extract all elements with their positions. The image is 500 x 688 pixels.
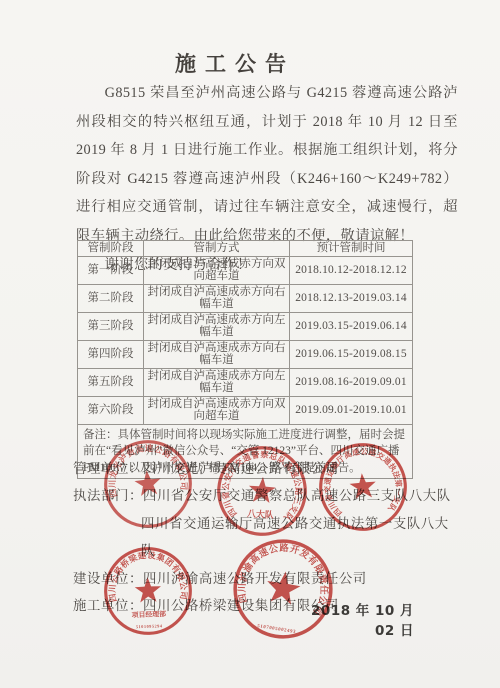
stage-cell: 第二阶段: [78, 284, 144, 312]
table-row: 第三阶段 封闭成自泸高速成赤方向左幅车道 2019.03.15-2019.06.…: [78, 312, 413, 340]
unit-value: 四川龙光泸贵高速公路有限公司: [143, 461, 339, 476]
time-cell: 2018.12.13-2019.03.14: [290, 284, 413, 312]
svg-text:5101095294: 5101095294: [136, 623, 163, 629]
table-header-row: 管制阶段 管制方式 预计管制时间: [78, 241, 413, 257]
table-row: 第一阶段 封闭成自泸高速成赤方向双向超车道 2018.10.12-2018.12…: [78, 256, 413, 284]
method-cell: 封闭成自泸高速成赤方向右幅车道: [144, 340, 290, 368]
unit-line-enforcement-2: 四川省交通运输厅高速公路交通执法第一支队八大队: [73, 510, 453, 565]
unit-label: 建设单位：: [73, 571, 143, 586]
time-cell: 2019.03.15-2019.06.14: [290, 312, 413, 340]
page-title: 施工公告: [0, 48, 470, 78]
unit-label: 施工单位：: [73, 598, 143, 613]
method-cell: 封闭成自泸高速成赤方向左幅车道: [144, 368, 290, 396]
table-row: 第五阶段 封闭成自泸高速成赤方向左幅车道 2019.08.16-2019.09.…: [78, 368, 413, 396]
method-cell: 封闭成自泸高速成赤方向左幅车道: [144, 312, 290, 340]
control-schedule-table: 管制阶段 管制方式 预计管制时间 第一阶段 封闭成自泸高速成赤方向双向超车道 2…: [77, 240, 413, 479]
issue-date: 2018 年 10 月 02 日: [288, 599, 414, 639]
unit-label: 执法部门：: [73, 488, 143, 503]
unit-value: 四川省公安厅交通警察总队高速公路三支队八大队: [143, 488, 451, 503]
unit-line-management: 管理单位：四川龙光泸贵高速公路有限公司: [73, 455, 453, 482]
unit-line-enforcement-1: 执法部门：四川省公安厅交通警察总队高速公路三支队八大队: [73, 482, 453, 509]
header-time: 预计管制时间: [290, 241, 413, 257]
method-cell: 封闭成自泸高速成赤方向双向超车道: [144, 256, 290, 284]
stage-cell: 第四阶段: [78, 340, 144, 368]
stage-cell: 第三阶段: [78, 312, 144, 340]
table-row: 第二阶段 封闭成自泸高速成赤方向右幅车道 2018.12.13-2019.03.…: [78, 284, 413, 312]
notice-page: 施工公告 G8515 荣昌至泸州高速公路与 G4215 蓉遵高速公路泸州段相交的…: [0, 0, 500, 688]
time-cell: 2018.10.12-2018.12.12: [290, 256, 413, 284]
stage-cell: 第五阶段: [78, 368, 144, 396]
unit-value: 四川泸渝高速公路开发有限责任公司: [143, 571, 367, 586]
unit-list: 管理单位：四川龙光泸贵高速公路有限公司 执法部门：四川省公安厅交通警察总队高速公…: [73, 455, 453, 619]
method-cell: 封闭成自泸高速成赤方向双向超车道: [144, 396, 290, 424]
unit-line-developer: 建设单位：四川泸渝高速公路开发有限责任公司: [73, 565, 453, 592]
stage-cell: 第六阶段: [78, 396, 144, 424]
table-row: 第六阶段 封闭成自泸高速成赤方向双向超车道 2019.09.01-2019.10…: [78, 396, 413, 424]
time-cell: 2019.09.01-2019.10.01: [290, 396, 413, 424]
unit-label: 管理单位：: [73, 461, 143, 476]
table-row: 第四阶段 封闭成自泸高速成赤方向右幅车道 2019.06.15-2019.08.…: [78, 340, 413, 368]
unit-value: 四川省交通运输厅高速公路交通执法第一支队八大队: [141, 516, 449, 558]
paragraph-main: G8515 荣昌至泸州高速公路与 G4215 蓉遵高速公路泸州段相交的特兴枢纽互…: [76, 79, 458, 251]
header-method: 管制方式: [144, 241, 290, 257]
time-cell: 2019.06.15-2019.08.15: [290, 340, 413, 368]
header-stage: 管制阶段: [78, 241, 144, 257]
method-cell: 封闭成自泸高速成赤方向右幅车道: [144, 284, 290, 312]
stage-cell: 第一阶段: [78, 256, 144, 284]
time-cell: 2019.08.16-2019.09.01: [290, 368, 413, 396]
